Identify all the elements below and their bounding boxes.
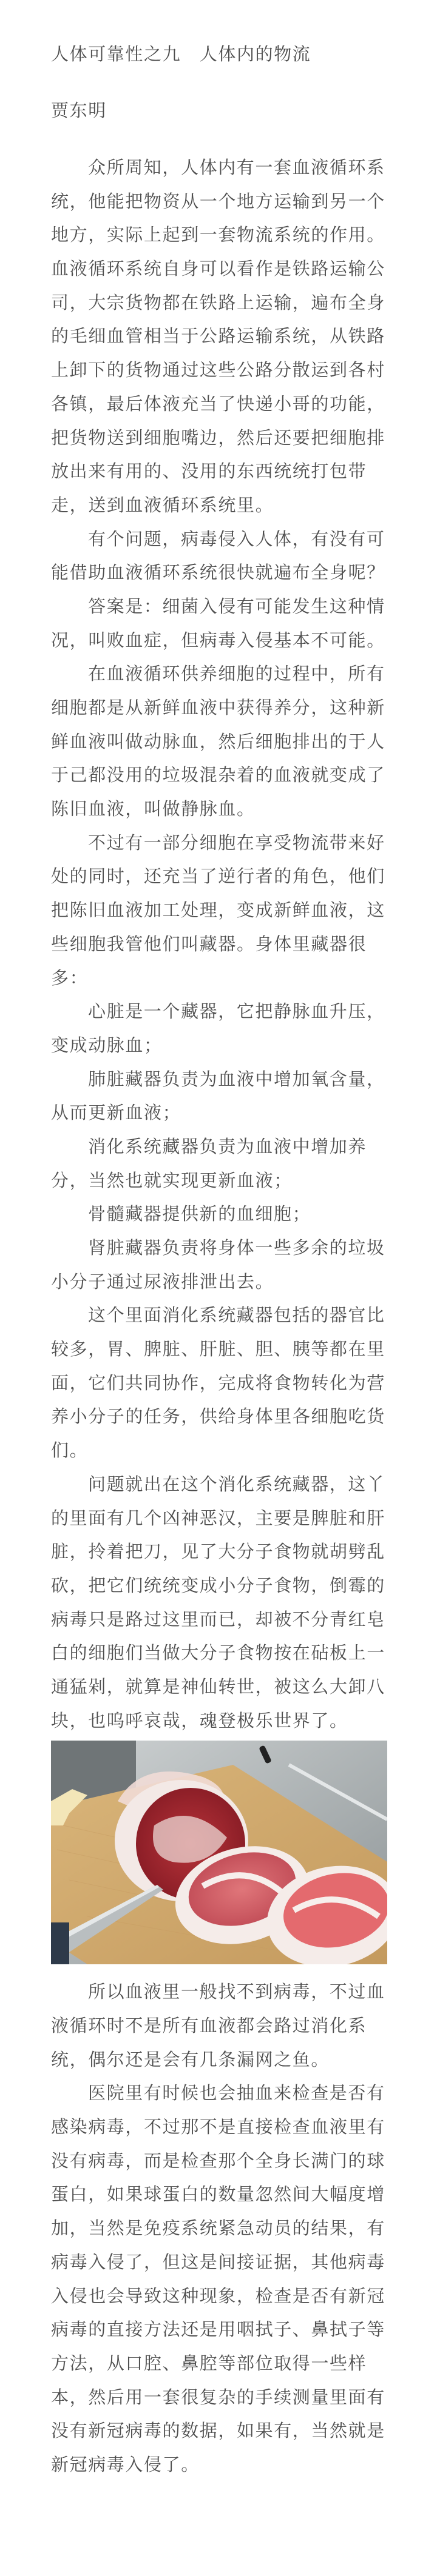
paragraph: 消化系统藏器负责为血液中增加养分，当然也就实现更新血液；: [51, 1130, 388, 1197]
paragraph: 所以血液里一般找不到病毒，不过血液循环时不是所有血液都会路过消化系统，偶尔还是会…: [51, 1975, 388, 2076]
paragraph-line: 上卸下的货物通过这些公路分散运到各村: [51, 353, 388, 387]
paragraph-line: 有个问题，病毒侵入人体，有没有可: [51, 523, 388, 557]
paragraph-line: 把陈旧血液加工处理，变成新鲜血液，这: [51, 894, 388, 928]
paragraph-line: 况，叫败血症，但病毒入侵基本不可能。: [51, 624, 388, 658]
paragraph-line: 各镇，最后体液充当了快递小哥的功能，: [51, 387, 388, 421]
paragraph-line: 处的同时，还充当了逆行者的角色，他们: [51, 860, 388, 894]
paragraph: 医院里有时候也会抽血来检查是否有感染病毒，不过那不是直接检查血液里有没有病毒，而…: [51, 2076, 388, 2481]
paragraph-line: 鲜血液叫做动脉血，然后细胞排出的于人: [51, 725, 388, 759]
paragraph-line: 的毛细血管相当于公路运输系统，从铁路: [51, 319, 388, 353]
paragraph-line: 在血液循环供养细胞的过程中，所有: [51, 657, 388, 691]
paragraph-line: 液循环时不是所有血液都会路过消化系: [51, 2009, 388, 2043]
paragraph: 心脏是一个藏器，它把静脉血升压，变成动脉血；: [51, 995, 388, 1062]
paragraph: 骨髓藏器提供新的血细胞；: [51, 1197, 388, 1231]
paragraph: 这个里面消化系统藏器包括的器官比较多，胃、脾脏、肝脏、胆、胰等都在里面，它们共同…: [51, 1299, 388, 1467]
paragraph-line: 司，大宗货物都在铁路上运输，遍布全身: [51, 286, 388, 320]
paragraph-line: 走，送到血液循环系统里。: [51, 489, 388, 523]
paragraph-line: 块，也呜呼哀哉，魂登极乐世界了。: [51, 1704, 388, 1738]
paragraph-line: 把货物送到细胞嘴边，然后还要把细胞排: [51, 421, 388, 455]
paragraph-line: 统，偶尔还是会有几条漏网之鱼。: [51, 2043, 388, 2077]
paragraph-line: 没有新冠病毒的数据，如果有，当然就是: [51, 2414, 388, 2448]
paragraph-line: 病毒入侵了，但这是间接证据，其他病毒: [51, 2246, 388, 2280]
paragraph-line: 骨髓藏器提供新的血细胞；: [51, 1197, 388, 1231]
paragraph: 答案是：细菌入侵有可能发生这种情况，叫败血症，但病毒入侵基本不可能。: [51, 590, 388, 657]
paragraph-line: 于己都没用的垃圾混杂着的血液就变成了: [51, 758, 388, 792]
paragraph-line: 白的细胞们当做大分子食物按在砧板上一: [51, 1636, 388, 1670]
paragraph-line: 小分子通过尿液排泄出去。: [51, 1265, 388, 1299]
paragraph: 不过有一部分细胞在享受物流带来好处的同时，还充当了逆行者的角色，他们把陈旧血液加…: [51, 826, 388, 995]
article-title: 人体可靠性之九 人体内的物流: [51, 38, 311, 72]
paragraph-line: 问题就出在这个消化系统藏器，这丫: [51, 1468, 388, 1502]
article-photo: [51, 1741, 387, 1964]
paragraph-line: 面，它们共同协作，完成将食物转化为营: [51, 1367, 388, 1400]
paragraph-line: 统，他能把物资从一个地方运输到另一个: [51, 185, 388, 219]
paragraph-line: 血液循环系统自身可以看作是铁路运输公: [51, 252, 388, 286]
paragraph-line: 些细胞我管他们叫藏器。身体里藏器很: [51, 928, 388, 962]
paragraph: 肾脏藏器负责将身体一些多余的垃圾小分子通过尿液排泄出去。: [51, 1231, 388, 1299]
paragraph-line: 的里面有几个凶神恶汉，主要是脾脏和肝: [51, 1502, 388, 1536]
paragraph-line: 肾脏藏器负责将身体一些多余的垃圾: [51, 1231, 388, 1265]
paragraph-line: 加，当然是免疫系统紧急动员的结果，有: [51, 2212, 388, 2246]
paragraph-line: 分，当然也就实现更新血液；: [51, 1164, 388, 1198]
paragraph: 众所周知，人体内有一套血液循环系统，他能把物资从一个地方运输到另一个地方，实际上…: [51, 151, 388, 523]
paragraph-line: 较多，胃、脾脏、肝脏、胆、胰等都在里: [51, 1333, 388, 1367]
paragraph: 在血液循环供养细胞的过程中，所有细胞都是从新鲜血液中获得养分，这种新鲜血液叫做动…: [51, 657, 388, 826]
paragraph-line: 们。: [51, 1434, 388, 1468]
paragraph-line: 消化系统藏器负责为血液中增加养: [51, 1130, 388, 1164]
paragraph-line: 病毒只是路过这里而已，却被不分青红皂: [51, 1603, 388, 1637]
paragraph-line: 脏，拎着把刀，见了大分子食物就胡劈乱: [51, 1535, 388, 1569]
article-author: 贾东明: [51, 94, 107, 128]
paragraph-line: 多：: [51, 962, 388, 995]
paragraph-line: 不过有一部分细胞在享受物流带来好: [51, 826, 388, 860]
paragraph-line: 这个里面消化系统藏器包括的器官比: [51, 1299, 388, 1333]
paragraph-line: 心脏是一个藏器，它把静脉血升压，: [51, 995, 388, 1029]
paragraph-line: 新冠病毒入侵了。: [51, 2448, 388, 2482]
paragraph-line: 地方，实际上起到一套物流系统的作用。: [51, 218, 388, 252]
paragraph-line: 从而更新血液；: [51, 1096, 388, 1130]
paragraph-line: 细胞都是从新鲜血液中获得养分，这种新: [51, 691, 388, 725]
paragraph-line: 变成动脉血；: [51, 1029, 388, 1063]
paragraph-line: 养小分子的任务，供给身体里各细胞吃货: [51, 1400, 388, 1434]
paragraph-line: 众所周知，人体内有一套血液循环系: [51, 151, 388, 185]
paragraph-line: 陈旧血液，叫做静脉血。: [51, 792, 388, 826]
paragraph-line: 所以血液里一般找不到病毒，不过血: [51, 1975, 388, 2009]
paragraph-line: 病毒的直接方法还是用咽拭子、鼻拭子等: [51, 2313, 388, 2347]
paragraph: 有个问题，病毒侵入人体，有没有可能借助血液循环系统很快就遍布全身呢？: [51, 523, 388, 590]
paragraph-line: 放出来有用的、没用的东西统统打包带: [51, 455, 388, 489]
paragraph-line: 肺脏藏器负责为血液中增加氧含量，: [51, 1063, 388, 1097]
paragraph-line: 入侵也会导致这种现象，检查是否有新冠: [51, 2280, 388, 2313]
paragraph-line: 能借助血液循环系统很快就遍布全身呢？: [51, 556, 388, 590]
paragraph: 问题就出在这个消化系统藏器，这丫的里面有几个凶神恶汉，主要是脾脏和肝脏，拎着把刀…: [51, 1468, 388, 1738]
paragraph: 肺脏藏器负责为血液中增加氧含量，从而更新血液；: [51, 1063, 388, 1130]
paragraph-line: 没有病毒，而是检查那个全身长满门的球: [51, 2144, 388, 2178]
paragraph-line: 本，然后用一套很复杂的手续测量里面有: [51, 2381, 388, 2415]
paragraph-line: 砍，把它们统统变成小分子食物，倒霉的: [51, 1569, 388, 1603]
paragraph-line: 感染病毒，不过那不是直接检查血液里有: [51, 2110, 388, 2144]
paragraph-line: 蛋白，如果球蛋白的数量忽然间大幅度增: [51, 2178, 388, 2212]
paragraph-line: 医院里有时候也会抽血来检查是否有: [51, 2076, 388, 2110]
paragraph-line: 方法，从口腔、鼻腔等部位取得一些样: [51, 2347, 388, 2381]
paragraph-line: 通猛剁，就算是神仙转世，被这么大卸八: [51, 1670, 388, 1704]
paragraph-line: 答案是：细菌入侵有可能发生这种情: [51, 590, 388, 624]
article-body: 众所周知，人体内有一套血液循环系统，他能把物资从一个地方运输到另一个地方，实际上…: [51, 151, 388, 2482]
